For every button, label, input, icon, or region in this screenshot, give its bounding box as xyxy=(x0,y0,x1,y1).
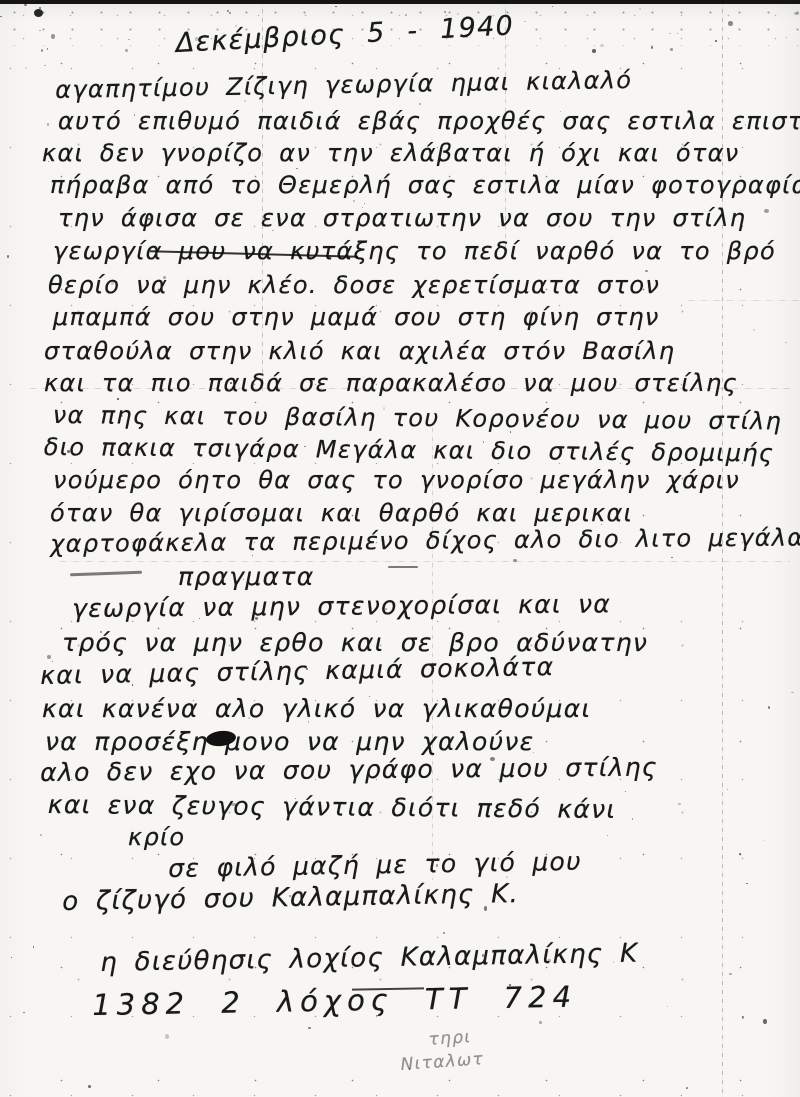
scan-speck xyxy=(296,168,297,169)
scan-speck xyxy=(39,30,41,32)
scan-speck xyxy=(40,834,42,836)
letter-body-line: θερίο να μην κλέο. δοσε χερετίσματα στον xyxy=(48,271,660,299)
pen-scribble xyxy=(388,566,418,568)
scan-speck xyxy=(715,40,717,42)
date-line: Δεκέμβριος 5 - 1940 xyxy=(175,10,515,59)
scan-speck xyxy=(739,853,741,855)
letter-body-line: και δεν γνορίζο αν την ελάβαται ή όχι κα… xyxy=(42,139,739,167)
scan-speck xyxy=(794,12,799,16)
scan-speck xyxy=(11,957,12,958)
scan-speck xyxy=(768,706,770,709)
scan-speck xyxy=(335,6,337,7)
scan-speck xyxy=(669,33,671,34)
scan-speck xyxy=(753,329,755,331)
scan-speck xyxy=(444,11,446,13)
scan-speck xyxy=(227,10,228,11)
scan-speck xyxy=(7,255,9,257)
pen-scribble xyxy=(70,571,142,577)
address-line: 1382 2 λόχος ΤΤ 724 xyxy=(92,980,577,1022)
scan-speck xyxy=(600,44,604,47)
address-line: η διεύθησις λοχίος Καλαμπαλίκης Κ xyxy=(100,939,639,978)
letter-body-line: αυτό επιθυμό παιδιά εβάς προχθές σας εστ… xyxy=(58,107,800,135)
scan-speck xyxy=(23,1012,25,1014)
scan-speck xyxy=(308,1027,310,1030)
faint-scribble: τηρι xyxy=(428,1027,472,1050)
scan-speck xyxy=(47,48,48,50)
letter-body-line: να πης και του βασίλη του Κορονέου να μο… xyxy=(53,401,783,435)
scan-speck xyxy=(592,49,596,52)
scan-speck xyxy=(524,21,526,22)
scan-speck xyxy=(728,21,732,25)
letter-body-line: κρίο xyxy=(128,823,185,851)
letter-body-line: μπαμπά σου στην μαμά σου στη φίνη στην xyxy=(53,303,660,331)
letter-body-line: διο πακια τσιγάρα Μεγάλα και διο στιλές … xyxy=(44,433,775,467)
scanned-letter-page: Δεκέμβριος 5 - 1940αγαπητίμου Ζίζιγη γεω… xyxy=(0,0,800,1097)
scan-speck xyxy=(763,1019,767,1024)
fold-crease-horizontal xyxy=(688,300,800,301)
letter-body-line: όταν θα γιρίσομαι και θαρθό και μερικαι xyxy=(50,499,633,527)
letter-body-line: και να μας στίλης καμιά σοκολάτα xyxy=(40,652,555,690)
scan-speck xyxy=(47,655,51,660)
scan-edge-artifact xyxy=(0,0,800,4)
scan-speck xyxy=(165,1034,169,1039)
scan-speck xyxy=(44,65,46,67)
scan-speck xyxy=(764,840,765,842)
scan-speck xyxy=(678,803,680,805)
scan-speck xyxy=(729,973,732,975)
letter-body-line: την άφισα σε ενα στρατιωτην να σου την σ… xyxy=(58,204,746,232)
scan-speck xyxy=(419,103,420,104)
scan-speck xyxy=(353,200,355,202)
letter-body-line: σταθούλα στην κλιό και αχιλέα στόν Βασίλ… xyxy=(44,337,675,365)
scan-speck xyxy=(791,692,793,694)
faint-scribble: Νιταλωτ xyxy=(400,1049,485,1075)
scan-speck xyxy=(39,7,40,8)
scan-speck xyxy=(539,1021,541,1024)
scan-speck xyxy=(742,1016,744,1018)
scan-speck xyxy=(607,835,608,836)
scan-speck xyxy=(88,1085,91,1088)
letter-body-line: νούμερο όητο θα σας το γνορίσο μεγάλην χ… xyxy=(53,466,740,494)
letter-body-line: πραγματα xyxy=(178,562,315,591)
scan-speck xyxy=(667,1006,668,1007)
letter-body-line: πήραβα από το Θεμερλή σας εστιλα μίαν φο… xyxy=(50,171,800,199)
letter-body-line: να προσέξη μονο να μην χαλούνε xyxy=(45,727,534,756)
letter-body-line: αγαπητίμου Ζίζιγη γεωργία ημαι κιαλαλό xyxy=(55,66,632,104)
letter-body-line: και τα πιο παιδά σε παρακαλέσο να μου στ… xyxy=(44,369,738,397)
letter-body-line: και κανένα αλο γλικό να γλικαθούμαι xyxy=(42,694,591,723)
signature-line: ο ζίζυγό σου Καλαμπαλίκης Κ. xyxy=(62,879,519,917)
letter-body-line: χαρτοφάκελα τα περιμένο δίχος αλο διο λι… xyxy=(50,523,800,558)
scan-speck xyxy=(125,49,127,52)
scan-speck xyxy=(670,48,673,51)
scan-speck xyxy=(51,34,56,39)
scan-speck xyxy=(677,33,678,34)
scan-speck xyxy=(513,559,517,562)
letter-body-line: τρός να μην ερθο και σε βρο αδύνατην xyxy=(62,628,648,657)
letter-body-line: γεωργία να μην στενοχορίσαι και να xyxy=(72,589,611,623)
scan-speck xyxy=(229,12,230,14)
signature-line: σε φιλό μαζή με το γιό μου xyxy=(168,847,582,883)
scan-speck xyxy=(764,209,769,213)
scan-speck xyxy=(117,398,119,400)
scan-speck xyxy=(34,9,43,17)
scan-speck xyxy=(33,946,34,947)
scan-speck xyxy=(785,342,787,343)
scan-speck xyxy=(47,123,49,125)
scan-speck xyxy=(552,6,554,7)
letter-body-line: αλο δεν εχο να σου γράφο να μου στίλης xyxy=(40,753,658,787)
scan-speck xyxy=(625,791,626,793)
scan-speck xyxy=(88,497,89,498)
scan-speck xyxy=(727,789,728,790)
scan-speck xyxy=(24,4,27,6)
scan-speck xyxy=(632,818,633,819)
scan-speck xyxy=(41,49,43,51)
fold-crease-horizontal xyxy=(60,561,790,562)
scan-speck xyxy=(786,37,787,39)
letter-body-line: και ενα ζευγος γάντια διότι πεδό κάνι xyxy=(48,790,617,824)
scan-speck xyxy=(25,67,27,69)
scan-speck xyxy=(671,557,672,558)
scan-speck xyxy=(0,16,1,17)
scan-speck xyxy=(128,39,130,40)
scan-speck xyxy=(639,8,641,10)
scan-speck xyxy=(443,932,444,934)
scan-speck xyxy=(746,883,747,884)
scan-speck xyxy=(686,1087,687,1089)
scan-speck xyxy=(651,46,653,49)
